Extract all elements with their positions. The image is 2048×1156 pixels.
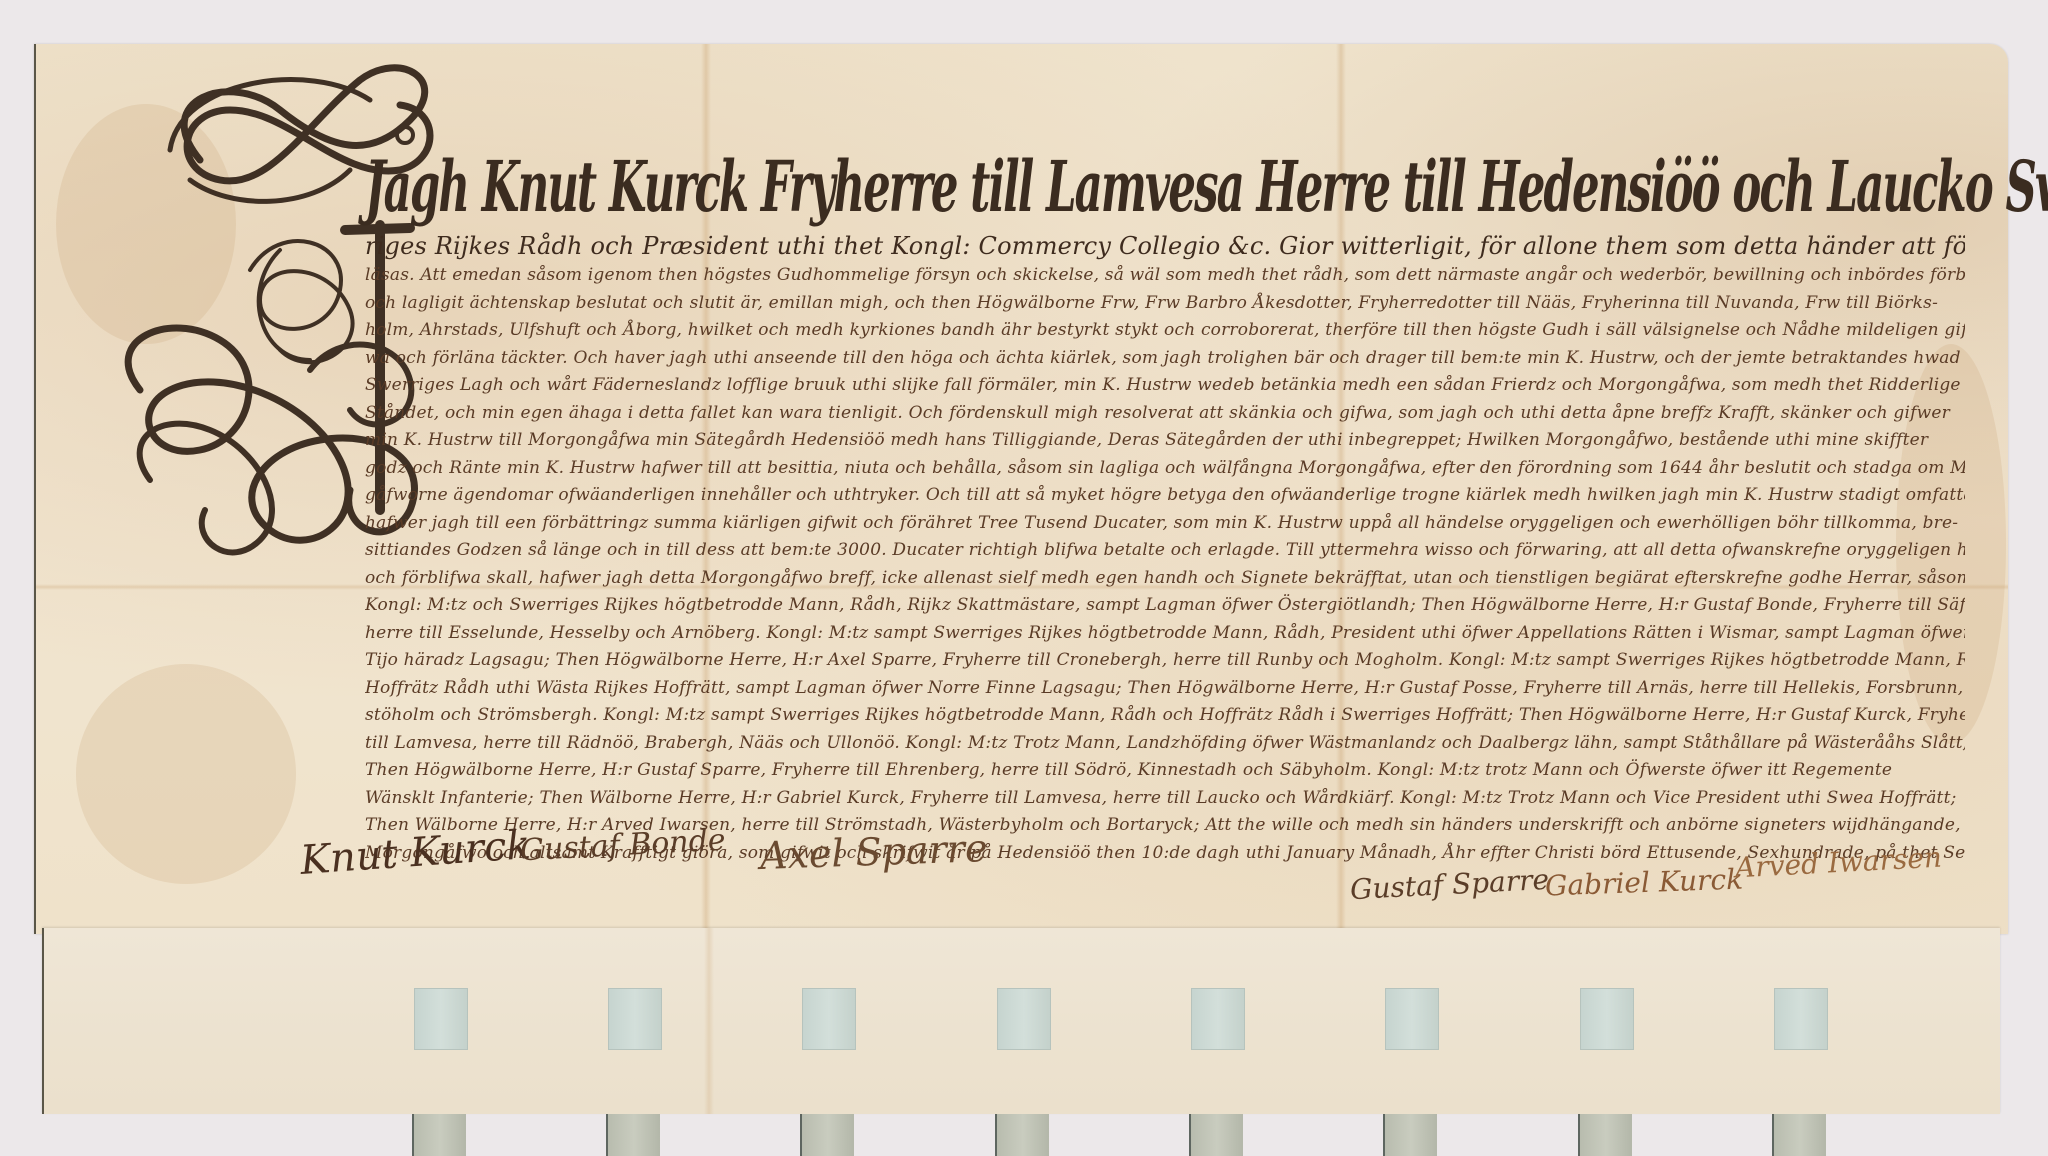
heading-word: Fryherre [761,145,957,228]
seal-ribbon-window [802,988,856,1050]
heading-word: Herre [1257,145,1390,228]
heading-word: Sve [2006,145,2048,228]
text-line: Ståndet, och min egen ähaga i detta fall… [365,400,1965,428]
text-line: Then Högwälborne Herre, H:r Gustaf Sparr… [365,757,1965,785]
signature-gabriel-kurck: Gabriel Kurck [1544,863,1743,903]
text-line: och förblifwa skall, hafwer jagh detta M… [365,565,1965,593]
text-line: herre till Esselunde, Hesselby och Arnöb… [365,620,1965,648]
text-line: hafwer jagh till een förbättringz summa … [365,510,1965,538]
heading-word: Laucko [1827,145,1991,228]
text-line: riges Rijkes Rådh och Præsident uthi the… [365,230,1965,262]
foxing-stain [76,664,296,884]
heading-word: Jagh [365,145,468,228]
seal-ribbon-window [1191,988,1245,1050]
text-line: läsas. Att emedan såsom igenom then högs… [365,262,1965,290]
seal-ribbon-tail [800,1114,854,1156]
heading-word: och [1732,145,1813,228]
text-line: Tijo häradz Lagsagu; Then Högwälborne He… [365,647,1965,675]
text-line: min K. Hustrw till Morgongåfwa min Säteg… [365,427,1965,455]
seal-ribbon-window [414,988,468,1050]
seal-ribbon-tail [412,1114,466,1156]
seal-ribbon-window [997,988,1051,1050]
seal-ribbon-tail [1383,1114,1437,1156]
heading-title: Jagh Knut Kurck Fryherre till Lamvesa He… [365,128,2048,228]
fold-line-vertical [704,928,714,1114]
seal-ribbon-window [608,988,662,1050]
seal-ribbon-tail [1578,1114,1632,1156]
seal-ribbon-tail [1772,1114,1826,1156]
text-line: holm, Ahrstads, Ulfshuft och Åborg, hwil… [365,317,1965,345]
text-line: Hoffrätz Rådh uthi Wästa Rijkes Hoffrätt… [365,675,1965,703]
heading-word: Lamvesa [1046,145,1243,228]
seal-ribbon-tail [606,1114,660,1156]
signature-axel-sparre: Axel Sparre [759,826,988,878]
heading-word: till [1403,145,1465,228]
charter-body-text: riges Rijkes Rådh och Præsident uthi the… [365,230,1965,867]
text-line: wa och förläna täckter. Och haver jagh u… [365,345,1965,373]
text-line: gåfworne ägendomar ofwäanderligen innehå… [365,482,1965,510]
text-line: Kongl: M:tz och Swerriges Rijkes högtbet… [365,592,1965,620]
heading-word: Knut [482,145,595,228]
text-line: och lagligit ächtenskap beslutat och slu… [365,290,1965,318]
plica-fold [42,928,2000,1114]
heading-word: Hedensiöö [1479,145,1719,228]
text-line: stöholm och Strömsbergh. Kongl: M:tz sam… [365,702,1965,730]
seal-ribbon-window [1385,988,1439,1050]
text-line: till Lamvesa, herre till Rädnöö, Braberg… [365,730,1965,758]
text-line: godz och Ränte min K. Hustrw hafwer till… [365,455,1965,483]
seal-ribbon-window [1580,988,1634,1050]
text-line: Swerriges Lagh och wårt Fäderneslandz lo… [365,372,1965,400]
heading-word: Kurck [609,145,747,228]
seal-ribbon-window [1774,988,1828,1050]
seal-ribbon-tail [1189,1114,1243,1156]
seal-ribbon-tail [995,1114,1049,1156]
text-line: Wänsklt Infanterie; Then Wälborne Herre,… [365,785,1965,813]
heading-word: till [970,145,1032,228]
text-line: sittiandes Godzen så länge och in till d… [365,537,1965,565]
